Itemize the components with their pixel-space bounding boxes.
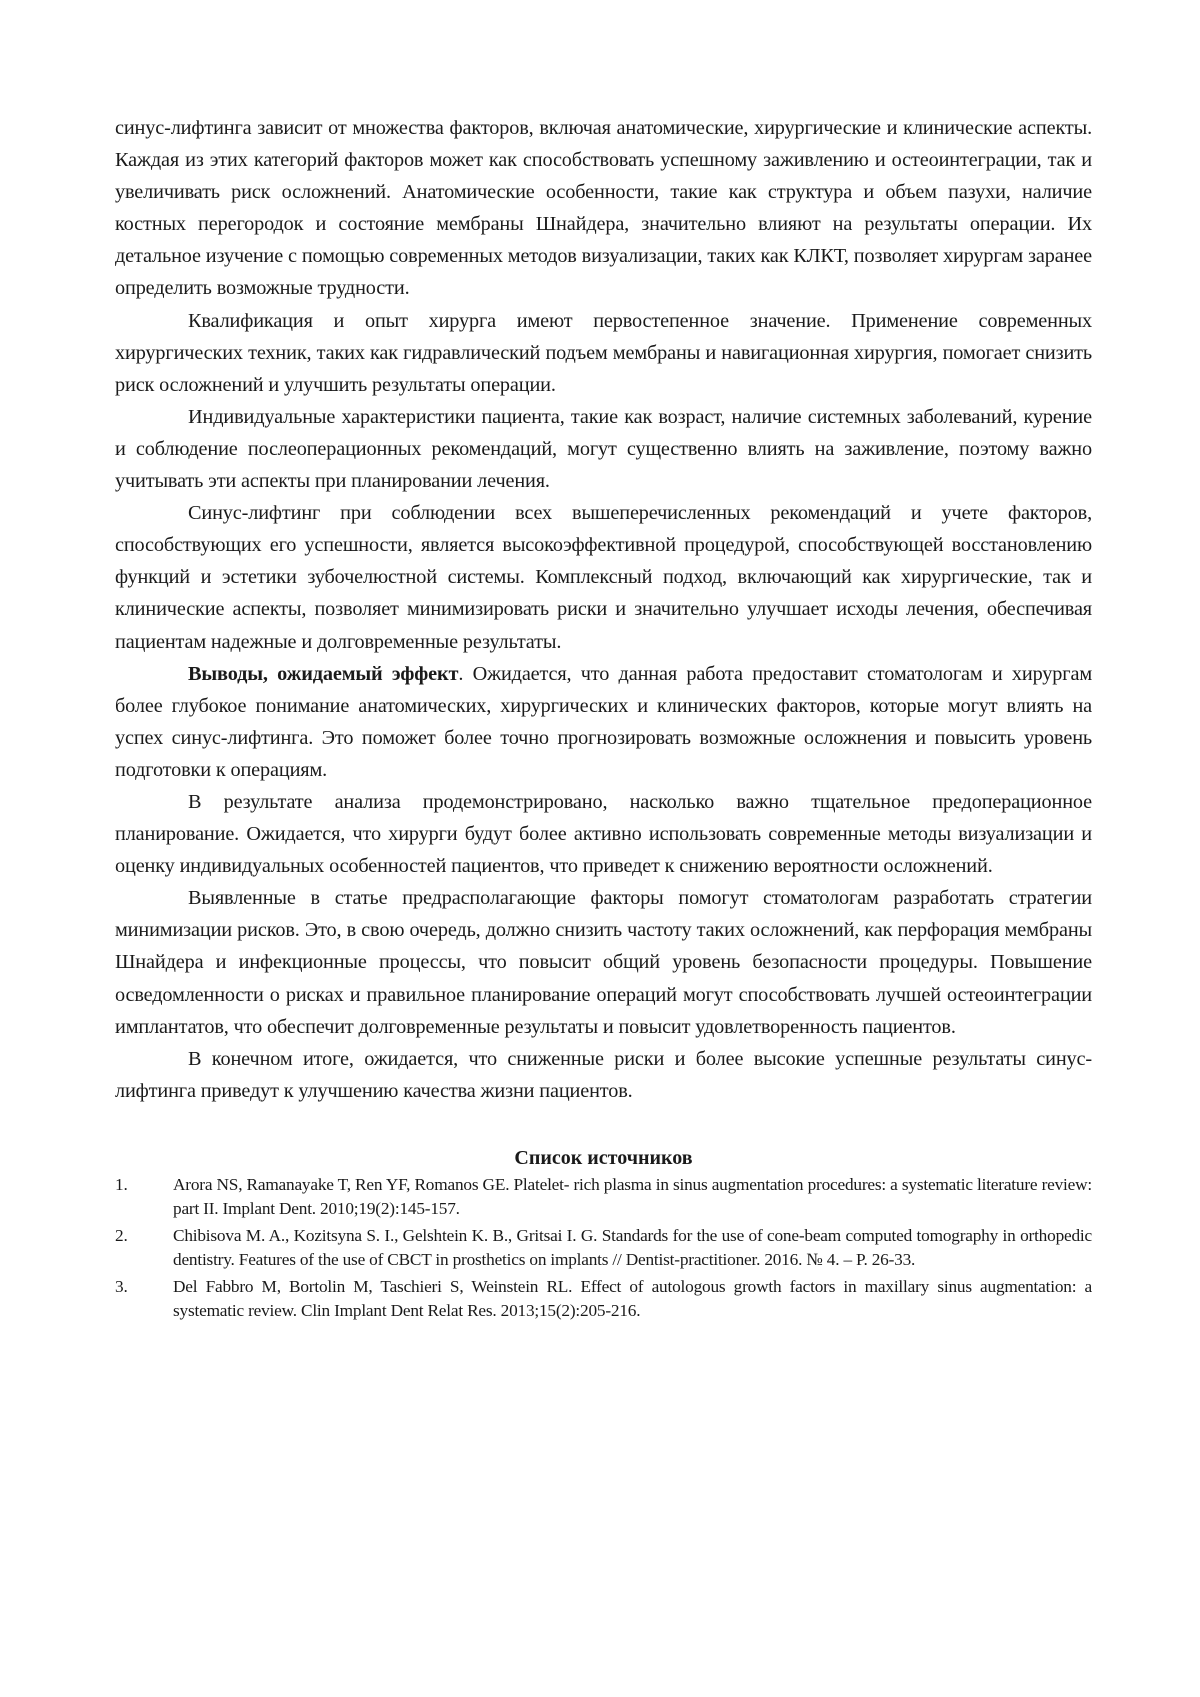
conclusions-heading: Выводы, ожидаемый эффект	[188, 663, 458, 685]
paragraph-continuation: синус-лифтинга зависит от множества факт…	[115, 112, 1092, 305]
paragraph-text: Выявленные в статье предрасполагающие фа…	[115, 887, 1092, 1037]
document-page: синус-лифтинга зависит от множества факт…	[115, 112, 1092, 1339]
paragraph-text: В результате анализа продемонстрировано,…	[115, 791, 1092, 877]
reference-number: 3.	[115, 1275, 128, 1299]
reference-text: Arora NS, Ramanayake T, Ren YF, Romanos …	[173, 1175, 1092, 1218]
paragraph-text: Синус-лифтинг при соблюдении всех вышепе…	[115, 502, 1092, 652]
paragraph-analysis-result: В результате анализа продемонстрировано,…	[115, 786, 1092, 882]
reference-number: 2.	[115, 1224, 128, 1248]
reference-number: 1.	[115, 1173, 128, 1197]
reference-text: Del Fabbro M, Bortolin M, Taschieri S, W…	[173, 1277, 1092, 1320]
references-title: Список источников	[115, 1145, 1092, 1171]
paragraph-final: В конечном итоге, ожидается, что сниженн…	[115, 1043, 1092, 1107]
paragraph-text: синус-лифтинга зависит от множества факт…	[115, 117, 1092, 299]
reference-text: Chibisova M. A., Kozitsyna S. I., Gelsht…	[173, 1226, 1092, 1269]
paragraph-text: Квалификация и опыт хирурга имеют первос…	[115, 310, 1092, 396]
paragraph-patient-characteristics: Индивидуальные характеристики пациента, …	[115, 401, 1092, 497]
paragraph-conclusions: Выводы, ожидаемый эффект. Ожидается, что…	[115, 658, 1092, 786]
references-list: 1. Arora NS, Ramanayake T, Ren YF, Roman…	[115, 1173, 1092, 1323]
reference-item: 2. Chibisova M. A., Kozitsyna S. I., Gel…	[115, 1224, 1092, 1273]
reference-item: 1. Arora NS, Ramanayake T, Ren YF, Roman…	[115, 1173, 1092, 1222]
paragraph-text: Индивидуальные характеристики пациента, …	[115, 406, 1092, 492]
reference-item: 3. Del Fabbro M, Bortolin M, Taschieri S…	[115, 1275, 1092, 1324]
paragraph-text: В конечном итоге, ожидается, что сниженн…	[115, 1048, 1092, 1102]
paragraph-risk-factors: Выявленные в статье предрасполагающие фа…	[115, 882, 1092, 1042]
paragraph-sinus-lift-summary: Синус-лифтинг при соблюдении всех вышепе…	[115, 497, 1092, 657]
paragraph-surgeon-qualification: Квалификация и опыт хирурга имеют первос…	[115, 305, 1092, 401]
